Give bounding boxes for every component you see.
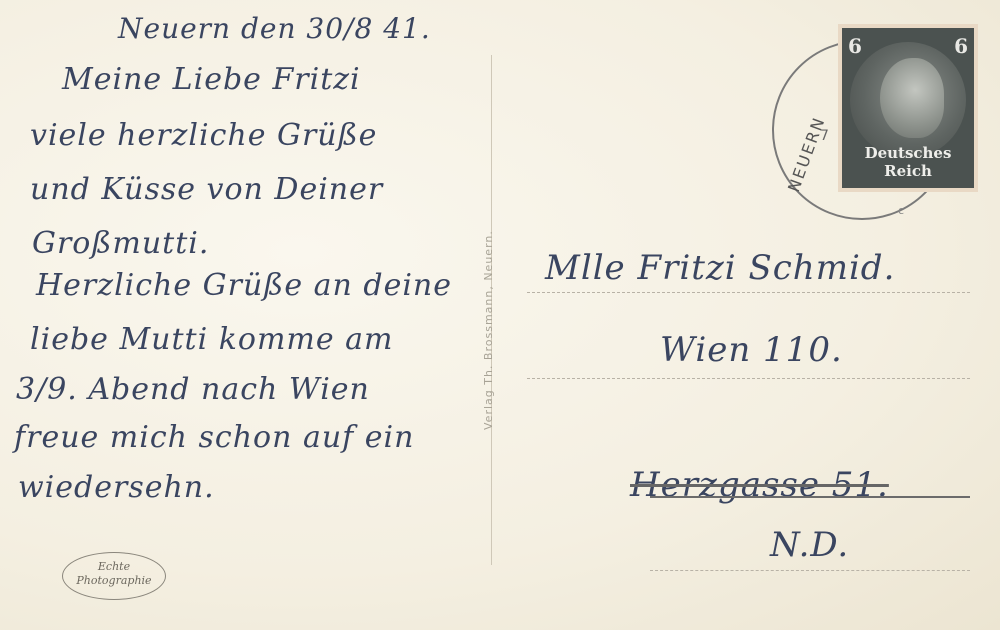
message-line: Meine Liebe Fritzi <box>62 62 361 97</box>
message-line: wiedersehn. <box>18 470 215 505</box>
address-line-4 <box>650 570 970 571</box>
address-street: Herzgasse 51. <box>630 465 889 505</box>
stamp-value-left: 6 <box>848 34 862 58</box>
portrait-icon <box>880 58 944 138</box>
postage-stamp: 6 6 Deutsches Reich <box>838 24 978 192</box>
stamp-medallion <box>850 42 966 158</box>
address-line-3 <box>650 496 970 498</box>
photo-mark-line1: Echte <box>63 560 165 574</box>
stamp-label: Deutsches Reich <box>842 144 974 180</box>
address-line-1 <box>527 292 970 293</box>
photo-mark-line2: Photographie <box>63 574 165 588</box>
message-line: 3/9. Abend nach Wien <box>16 372 370 407</box>
message-line: und Küsse von Deiner <box>30 172 383 207</box>
stamp-value-right: 6 <box>954 34 968 58</box>
message-line: viele herzliche Grüße <box>30 118 377 153</box>
address-region: N.D. <box>770 525 849 565</box>
message-line: Herzliche Grüße an deine <box>36 268 452 303</box>
echte-photographie-mark: Echte Photographie <box>62 552 166 600</box>
publisher-imprint: Verlag Th. Brossmann, Neuern. <box>482 230 495 430</box>
message-line-date: Neuern den 30/8 41. <box>118 12 431 45</box>
address-name: Mlle Fritzi Schmid. <box>545 248 895 288</box>
address-city: Wien 110. <box>660 330 843 370</box>
postcard-back: Neuern den 30/8 41. Meine Liebe Fritzi v… <box>0 0 1000 630</box>
stamp-face: 6 6 Deutsches Reich <box>842 28 974 188</box>
postmark-small: c <box>898 204 904 217</box>
postmark-day: 7 <box>820 128 829 144</box>
message-line: freue mich schon auf ein <box>14 420 414 455</box>
message-line: liebe Mutti komme am <box>30 322 393 357</box>
address-line-2 <box>527 378 970 379</box>
message-line: Großmutti. <box>32 226 209 261</box>
